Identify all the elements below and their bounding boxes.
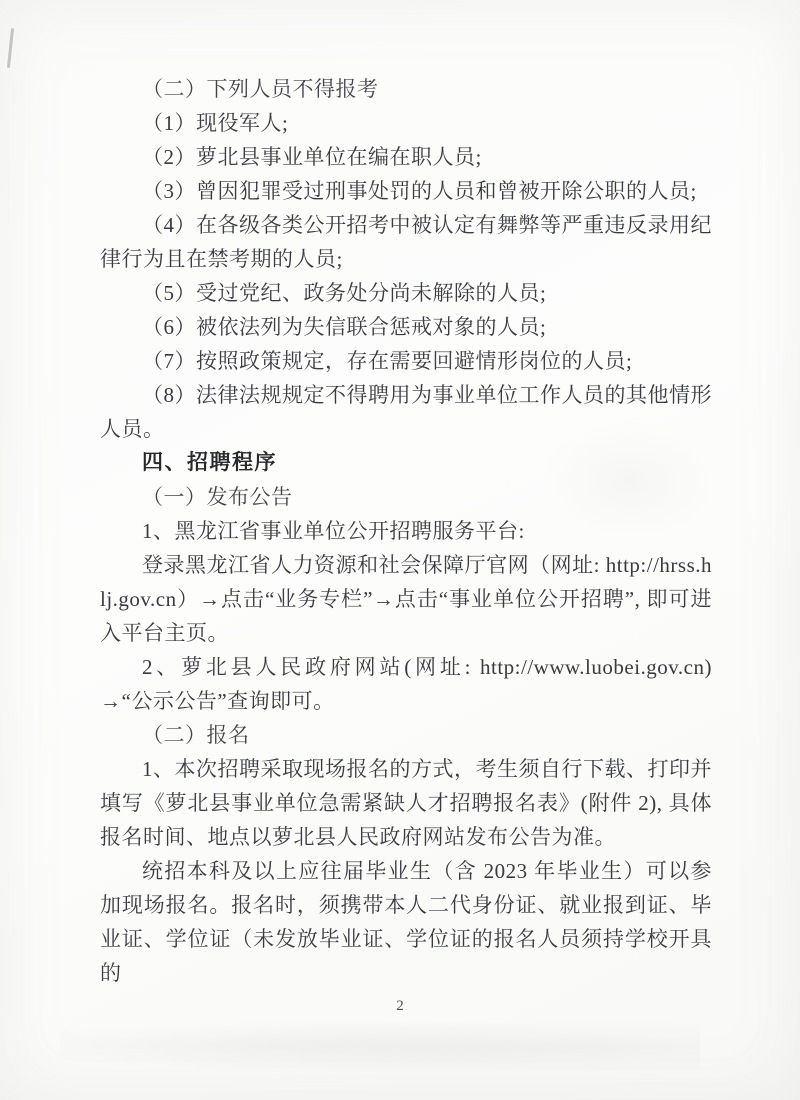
signup-eligibility: 统招本科及以上应往届毕业生（含 2023 年毕业生）可以参加现场报名。报名时，须… <box>100 854 712 990</box>
signup-method: 1、本次招聘采取现场报名的方式，考生须自行下载、打印并填写《萝北县事业单位急需紧… <box>100 752 712 854</box>
ineligible-item-5: （5）受过党纪、政务处分尚未解除的人员; <box>100 276 712 310</box>
scan-smudge-artifact <box>60 1020 700 1070</box>
ineligible-item-4: （4）在各级各类公开招考中被认定有舞弊等严重违反录用纪律行为且在禁考期的人员; <box>100 208 712 276</box>
subsection-1-heading: （一）发布公告 <box>100 480 712 514</box>
section-4-heading: 四、招聘程序 <box>100 446 712 480</box>
scanned-document-page: （二）下列人员不得报考 （1）现役军人; （2）萝北县事业单位在编在职人员; （… <box>0 0 800 1100</box>
page-number: 2 <box>0 998 800 1015</box>
ineligible-item-1: （1）现役军人; <box>100 106 712 140</box>
platform-title: 1、黑龙江省事业单位公开招聘服务平台: <box>100 514 712 548</box>
document-body: （二）下列人员不得报考 （1）现役军人; （2）萝北县事业单位在编在职人员; （… <box>100 72 712 990</box>
clause-2-heading: （二）下列人员不得报考 <box>100 72 712 106</box>
scan-edge-artifact <box>7 28 14 68</box>
gov-site: 2、萝北县人民政府网站(网址: http://www.luobei.gov.cn… <box>100 650 712 718</box>
platform-steps: 登录黑龙江省人力资源和社会保障厅官网（网址: http://hrss.hlj.g… <box>100 548 712 650</box>
ineligible-item-6: （6）被依法列为失信联合惩戒对象的人员; <box>100 310 712 344</box>
ineligible-item-7: （7）按照政策规定，存在需要回避情形岗位的人员; <box>100 344 712 378</box>
ineligible-item-3: （3）曾因犯罪受过刑事处罚的人员和曾被开除公职的人员; <box>100 174 712 208</box>
ineligible-item-2: （2）萝北县事业单位在编在职人员; <box>100 140 712 174</box>
ineligible-item-8: （8）法律法规规定不得聘用为事业单位工作人员的其他情形人员。 <box>100 378 712 446</box>
subsection-2-heading: （二）报名 <box>100 718 712 752</box>
